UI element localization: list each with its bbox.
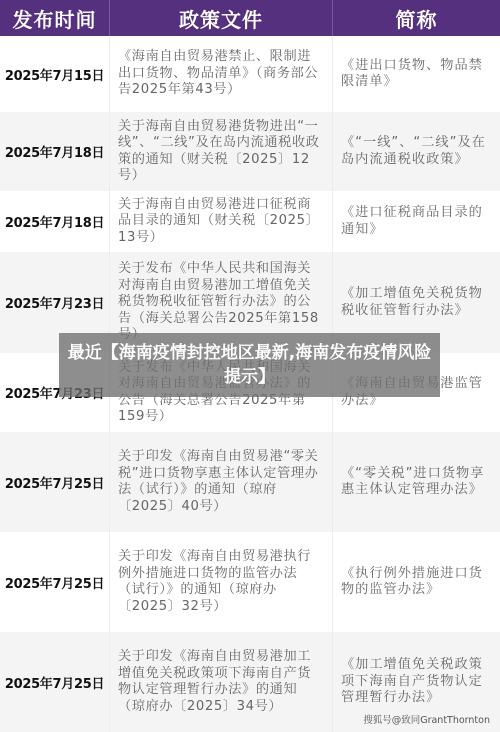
row-policy: 《海南自由贸易港禁止、限制进出口货物、物品清单》（商务部公告2025年第43号） xyxy=(110,36,333,112)
headline-overlay: 最近【海南疫情封控地区最新,海南发布疫情风险提示】 xyxy=(59,333,440,397)
row-short-name: 《“零关税”进口货物享惠主体认定管理办法》 xyxy=(333,432,500,532)
row-date: 2025年7月25日 xyxy=(0,432,110,532)
row-policy: 关于印发《海南自由贸易港“零关税”进口货物享惠主体认定管理办法（试行）》的通知（… xyxy=(110,432,333,532)
header-date: 发布时间 xyxy=(0,0,110,36)
header-short-name: 简称 xyxy=(333,0,500,36)
table-row: 2025年7月25日 关于印发《海南自由贸易港执行例外措施进口货物的监管办法（试… xyxy=(0,532,500,632)
row-date: 2025年7月15日 xyxy=(0,36,110,112)
row-date: 2025年7月18日 xyxy=(0,112,110,191)
table-header: 发布时间 政策文件 简称 xyxy=(0,0,500,36)
row-short-name: 《进出口货物、物品禁限清单》 xyxy=(333,36,500,112)
row-date: 2025年7月18日 xyxy=(0,191,110,252)
header-policy: 政策文件 xyxy=(110,0,333,36)
table-row: 2025年7月18日 关于海南自由贸易港货物进出“一线”、“二线”及在岛内流通税… xyxy=(0,112,500,191)
row-short-name: 《进口征税商品目录的通知》 xyxy=(333,191,500,252)
row-short-name: 《执行例外措施进口货物的监管办法》 xyxy=(333,532,500,632)
row-short-name: 《“一线”、“二线”及在岛内流通税收政策》 xyxy=(333,112,500,191)
row-date: 2025年7月25日 xyxy=(0,532,110,632)
table-row: 2025年7月25日 关于印发《海南自由贸易港“零关税”进口货物享惠主体认定管理… xyxy=(0,432,500,532)
row-policy: 关于海南自由贸易港进口征税商品目录的通知（财关税〔2025〕13号） xyxy=(110,191,333,252)
table-row: 2025年7月15日 《海南自由贸易港禁止、限制进出口货物、物品清单》（商务部公… xyxy=(0,36,500,112)
row-policy: 关于印发《海南自由贸易港加工增值免关税政策项下海南自产货物认定管理暂行办法》的通… xyxy=(110,632,333,732)
source-watermark: 搜狐号@致同GrantThornton xyxy=(363,712,490,726)
row-date: 2025年7月25日 xyxy=(0,632,110,732)
row-policy: 关于印发《海南自由贸易港执行例外措施进口货物的监管办法（试行）》的通知（琼府办〔… xyxy=(110,532,333,632)
row-policy: 关于海南自由贸易港货物进出“一线”、“二线”及在岛内流通税收政策的通知（财关税〔… xyxy=(110,112,333,191)
table-row: 2025年7月18日 关于海南自由贸易港进口征税商品目录的通知（财关税〔2025… xyxy=(0,191,500,252)
